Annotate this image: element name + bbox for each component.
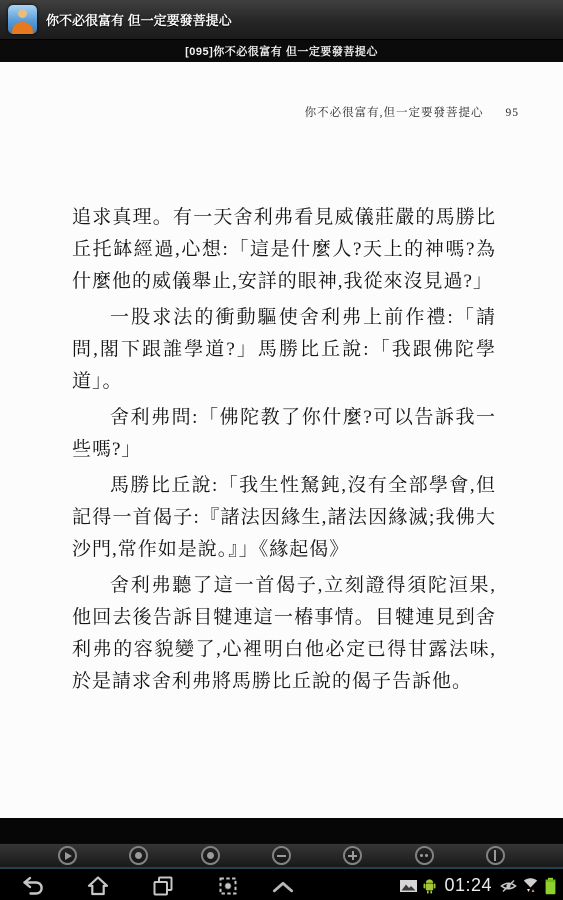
play-icon xyxy=(65,852,72,860)
skip-forward-button[interactable] xyxy=(201,846,220,865)
section-bar: [095]你不必很富有 但一定要發菩提心 xyxy=(0,40,563,63)
home-icon xyxy=(86,874,110,898)
app-icon-monk-head xyxy=(18,9,27,18)
page-header-title: 你不必很富有,但一定要發菩提心 xyxy=(305,104,484,120)
skip-back-button[interactable] xyxy=(129,846,148,865)
app-icon-monk-robe xyxy=(12,22,33,34)
recent-apps-button[interactable] xyxy=(130,871,195,900)
app-title: 你不必很富有 但一定要發菩提心 xyxy=(46,10,232,29)
font-larger-button[interactable] xyxy=(343,846,362,865)
paragraph: 一股求法的衝動驅使舍利弗上前作禮:「請問,閣下跟誰學道?」馬勝比丘說:「我跟佛陀… xyxy=(72,302,496,398)
power-icon xyxy=(494,850,496,861)
dots-icon xyxy=(420,854,428,857)
font-smaller-button[interactable] xyxy=(272,846,291,865)
page-body-text: 追求真理。有一天舍利弗看見威儀莊嚴的馬勝比丘托缽經過,心想:「這是什麼人?天上的… xyxy=(72,202,496,702)
section-title: [095]你不必很富有 但一定要發菩提心 xyxy=(185,43,378,59)
status-area[interactable]: 01:24 xyxy=(399,871,557,900)
minus-icon xyxy=(277,855,286,857)
tablet-screen: 你不必很富有 但一定要發菩提心 [095]你不必很富有 但一定要發菩提心 你不必… xyxy=(0,0,563,900)
nav-buttons xyxy=(0,871,260,900)
smart-stay-eye-icon xyxy=(500,879,517,893)
paragraph: 舍利弗聽了這一首偈子,立刻證得須陀洹果,他回去後告訴目犍連這一樁事情。目犍連見到… xyxy=(72,570,496,698)
power-button[interactable] xyxy=(486,846,505,865)
app-title-bar: 你不必很富有 但一定要發菩提心 xyxy=(0,0,563,40)
play-button[interactable] xyxy=(58,846,77,865)
dot-circle-icon xyxy=(207,852,214,859)
screenshot-notification-icon xyxy=(399,878,418,894)
paragraph: 追求真理。有一天舍利弗看見威儀莊嚴的馬勝比丘托缽經過,心想:「這是什麼人?天上的… xyxy=(72,202,496,298)
android-nav-bar: 01:24 xyxy=(0,871,563,900)
plus-icon xyxy=(348,851,357,860)
back-button[interactable] xyxy=(0,871,65,900)
more-options-button[interactable] xyxy=(415,846,434,865)
book-page[interactable]: 你不必很富有,但一定要發菩提心 95 追求真理。有一天舍利弗看見威儀莊嚴的馬勝比… xyxy=(0,62,563,818)
screenshot-button[interactable] xyxy=(195,871,260,900)
dot-circle-icon xyxy=(135,852,142,859)
monk-book-app-icon xyxy=(8,5,37,34)
usb-debugging-android-icon xyxy=(423,878,436,894)
paragraph: 舍利弗問:「佛陀教了你什麼?可以告訴我一些嗎?」 xyxy=(72,402,496,466)
screenshot-icon xyxy=(216,874,240,898)
home-button[interactable] xyxy=(65,871,130,900)
paragraph: 馬勝比丘說:「我生性駑鈍,沒有全部學會,但記得一首偈子:『諸法因緣生,諸法因緣滅… xyxy=(72,470,496,566)
page-bottom-strip xyxy=(0,818,563,843)
reader-toolbar xyxy=(0,843,563,869)
battery-icon xyxy=(544,877,557,895)
page-header: 你不必很富有,但一定要發菩提心 95 xyxy=(305,104,519,120)
recents-icon xyxy=(151,874,175,898)
clock: 01:24 xyxy=(444,875,492,896)
caret-up-icon xyxy=(270,875,296,897)
page-number: 95 xyxy=(506,107,520,119)
wifi-activity-icon xyxy=(522,877,539,894)
back-icon xyxy=(21,874,45,898)
hide-controls-button[interactable] xyxy=(262,871,304,900)
